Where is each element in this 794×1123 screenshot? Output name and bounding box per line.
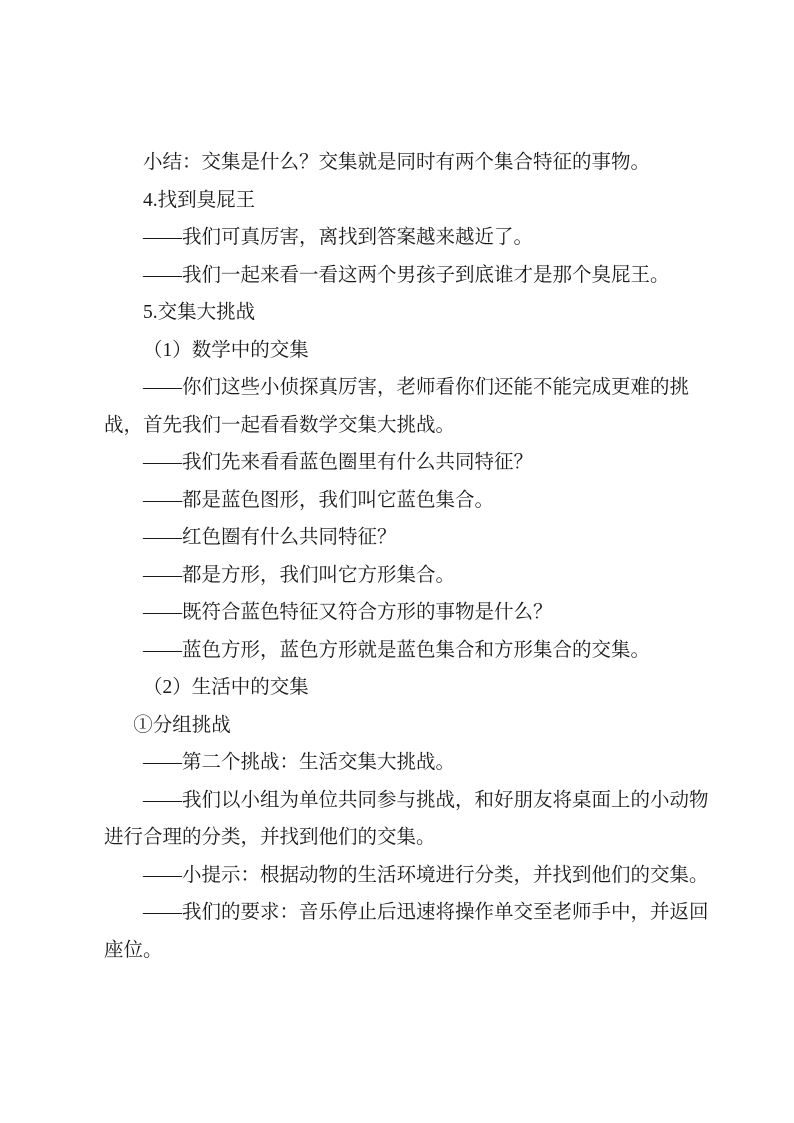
text-line: ——都是蓝色图形，我们叫它蓝色集合。 [104,482,710,520]
text-line: ——你们这些小侦探真厉害，老师看你们还能不能完成更难的挑 [104,369,710,407]
text-line: ——第二个挑战：生活交集大挑战。 [104,744,710,782]
text-line: ①分组挑战 [104,707,710,745]
text-line: ——我们先来看看蓝色圈里有什么共同特征？ [104,444,710,482]
document-body: 小结：交集是什么？交集就是同时有两个集合特征的事物。4.找到臭屁王——我们可真厉… [104,144,710,969]
paragraph: ——蓝色方形，蓝色方形就是蓝色集合和方形集合的交集。 [104,632,710,670]
text-line: ——小提示：根据动物的生活环境进行分类，并找到他们的交集。 [104,857,710,895]
paragraph: ——我们可真厉害，离找到答案越来越近了。 [104,219,710,257]
paragraph: ——你们这些小侦探真厉害，老师看你们还能不能完成更难的挑战，首先我们一起看看数学… [104,369,710,444]
paragraph: ——都是蓝色图形，我们叫它蓝色集合。 [104,482,710,520]
text-line: 座位。 [104,932,710,970]
paragraph: ——我们先来看看蓝色圈里有什么共同特征？ [104,444,710,482]
paragraph: ——我们一起来看一看这两个男孩子到底谁才是那个臭屁王。 [104,257,710,295]
text-line: ——我们以小组为单位共同参与挑战，和好朋友将桌面上的小动物 [104,782,710,820]
document-page: 小结：交集是什么？交集就是同时有两个集合特征的事物。4.找到臭屁王——我们可真厉… [0,0,794,1123]
paragraph: ——红色圈有什么共同特征？ [104,519,710,557]
paragraph: ——我们的要求：音乐停止后迅速将操作单交至老师手中，并返回座位。 [104,894,710,969]
text-line: ——都是方形，我们叫它方形集合。 [104,557,710,595]
paragraph: ——小提示：根据动物的生活环境进行分类，并找到他们的交集。 [104,857,710,895]
text-line: ——红色圈有什么共同特征？ [104,519,710,557]
text-line: ——我们一起来看一看这两个男孩子到底谁才是那个臭屁王。 [104,257,710,295]
text-line: ——蓝色方形，蓝色方形就是蓝色集合和方形集合的交集。 [104,632,710,670]
paragraph: （2）生活中的交集 [104,669,710,707]
text-line: 进行合理的分类，并找到他们的交集。 [104,819,710,857]
paragraph: （1）数学中的交集 [104,332,710,370]
paragraph: 5.交集大挑战 [104,294,710,332]
text-line: 战，首先我们一起看看数学交集大挑战。 [104,407,710,445]
text-line: 4.找到臭屁王 [104,182,710,220]
paragraph: ——第二个挑战：生活交集大挑战。 [104,744,710,782]
text-line: （2）生活中的交集 [104,669,710,707]
text-line: ——我们可真厉害，离找到答案越来越近了。 [104,219,710,257]
text-line: ——既符合蓝色特征又符合方形的事物是什么？ [104,594,710,632]
text-line: 5.交集大挑战 [104,294,710,332]
paragraph: 小结：交集是什么？交集就是同时有两个集合特征的事物。 [104,144,710,182]
text-line: （1）数学中的交集 [104,332,710,370]
paragraph: ①分组挑战 [104,707,710,745]
text-line: 小结：交集是什么？交集就是同时有两个集合特征的事物。 [104,144,710,182]
paragraph: ——既符合蓝色特征又符合方形的事物是什么？ [104,594,710,632]
text-line: ——我们的要求：音乐停止后迅速将操作单交至老师手中，并返回 [104,894,710,932]
paragraph: ——我们以小组为单位共同参与挑战，和好朋友将桌面上的小动物进行合理的分类，并找到… [104,782,710,857]
paragraph: ——都是方形，我们叫它方形集合。 [104,557,710,595]
paragraph: 4.找到臭屁王 [104,182,710,220]
